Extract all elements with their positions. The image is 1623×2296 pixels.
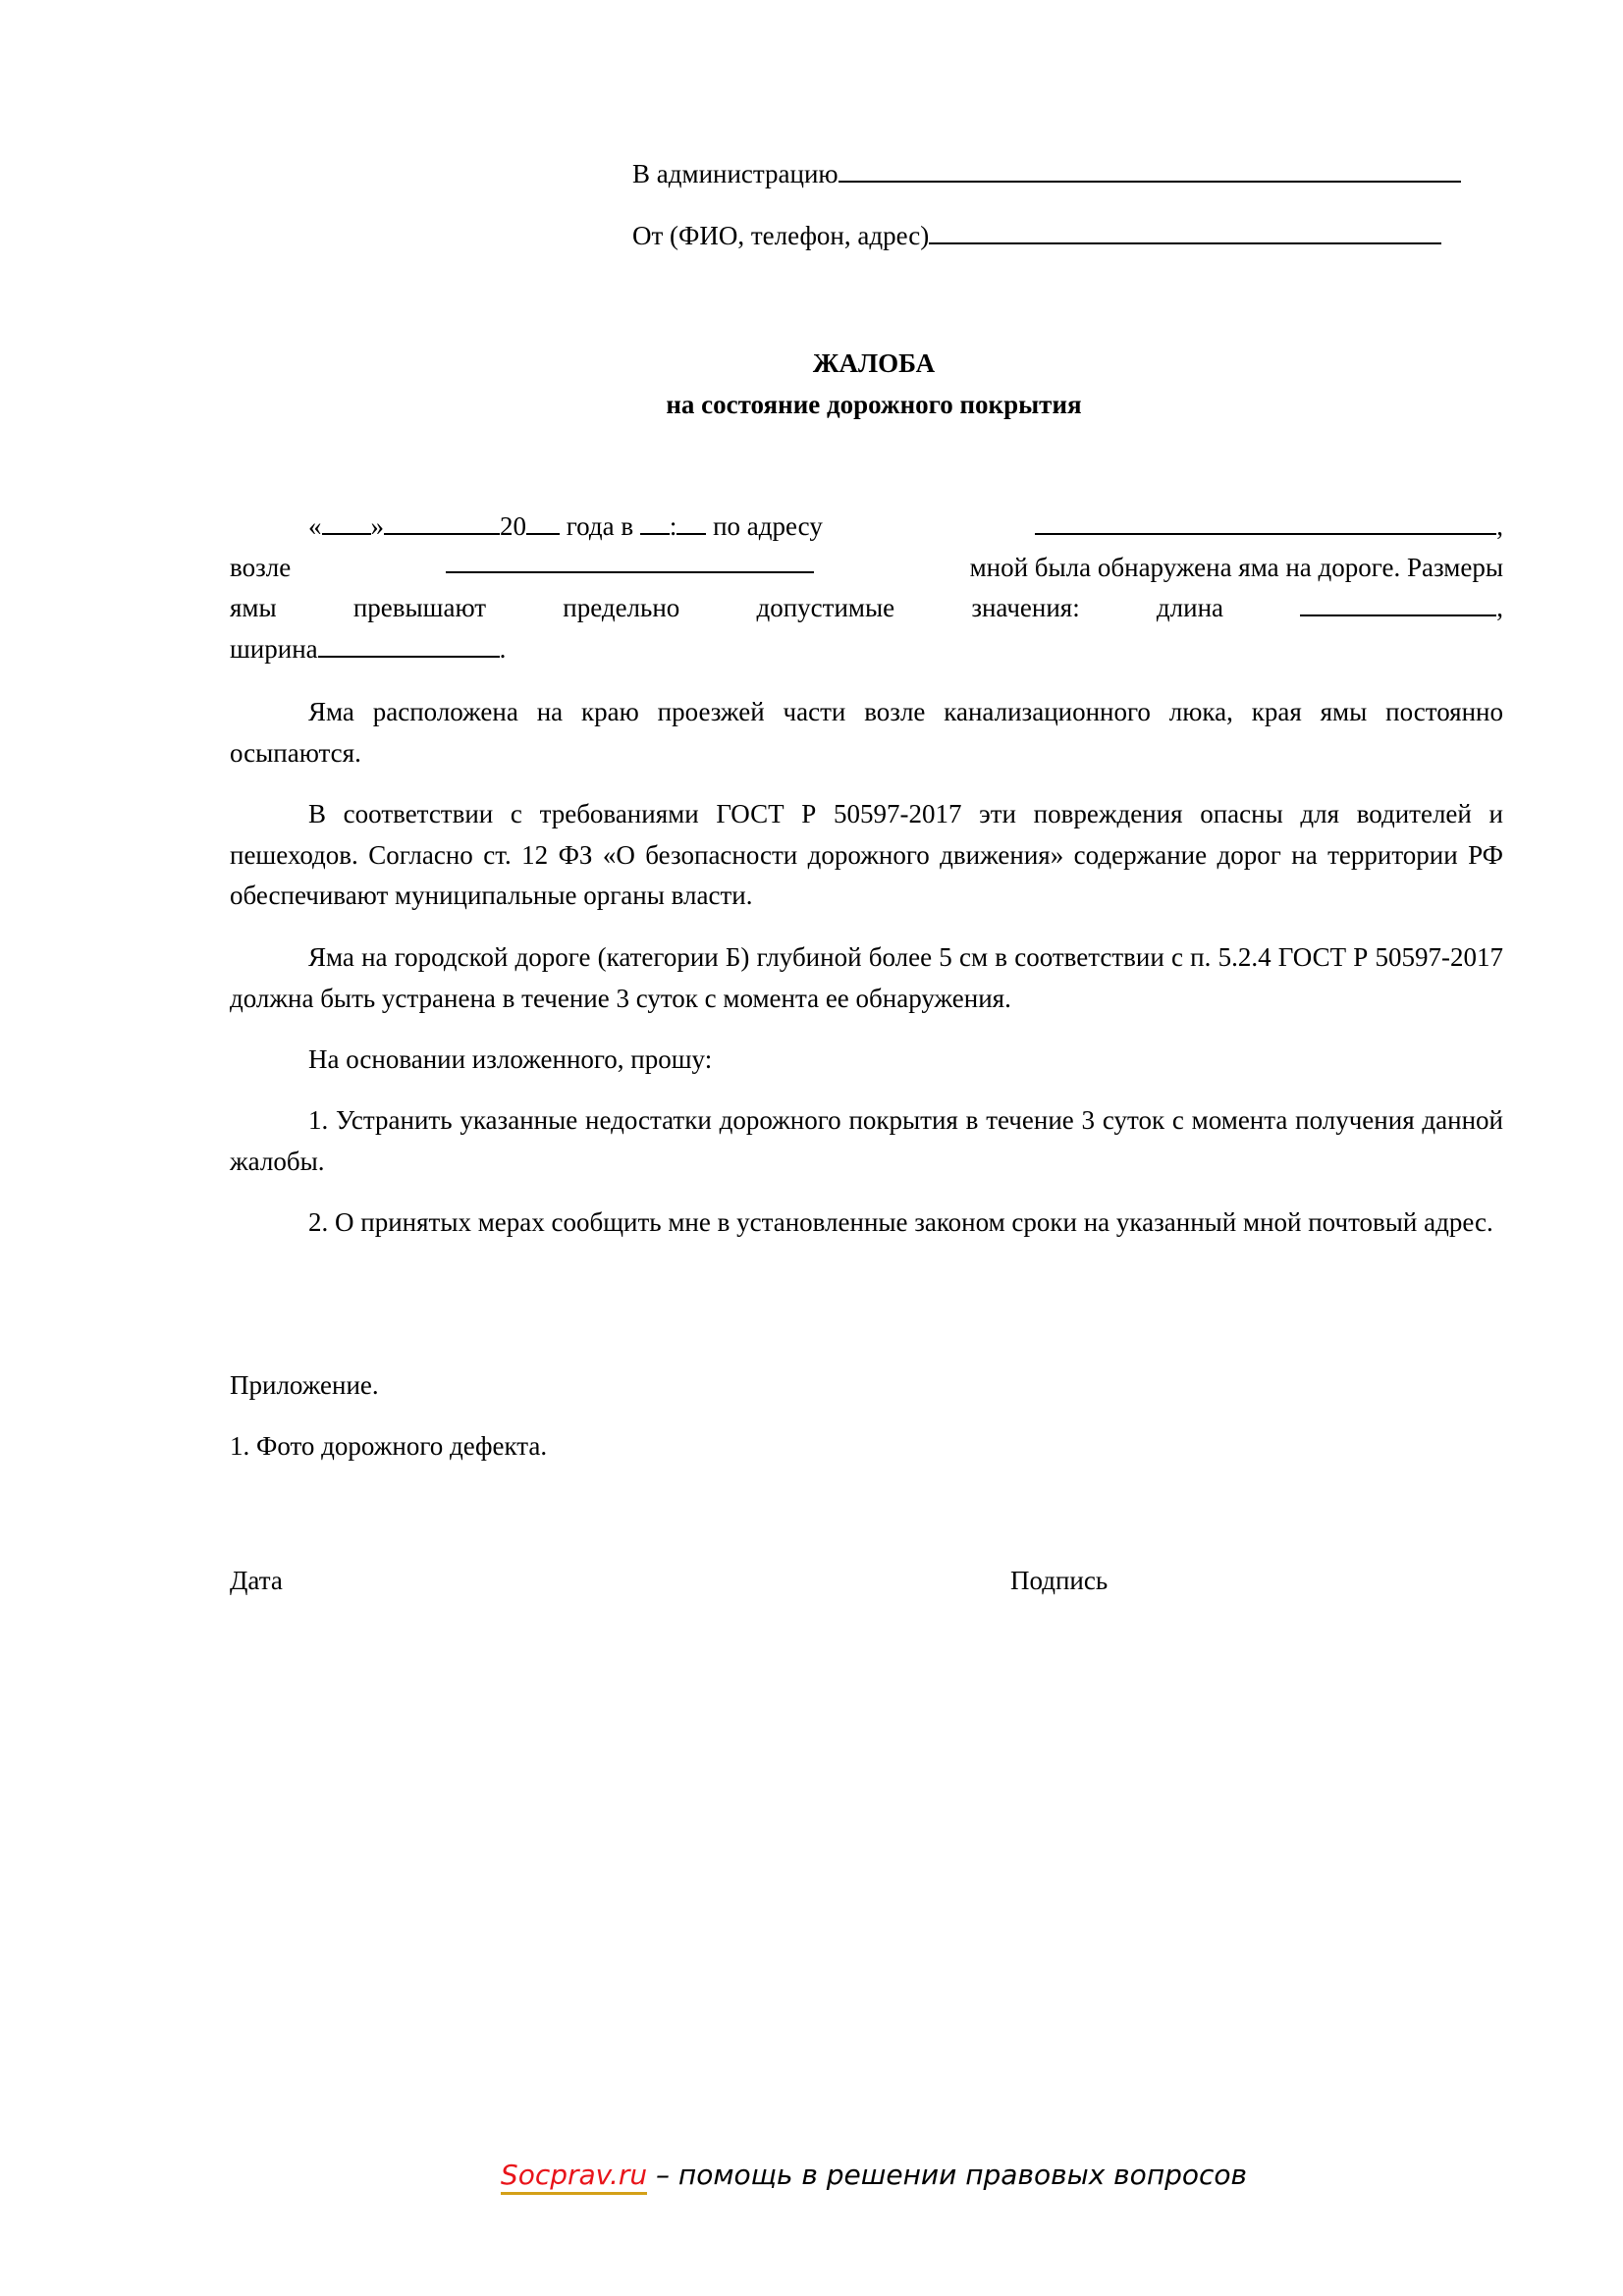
attachment-item: 1. Фото дорожного дефекта. [230, 1426, 1503, 1468]
incident-line-2: возле мной была обнаружена яма на дороге… [230, 548, 1503, 589]
length-field[interactable] [1300, 591, 1496, 616]
sender-label: От (ФИО, телефон, адрес) [632, 221, 929, 250]
request-item-1: 1. Устранить указанные недостатки дорожн… [230, 1100, 1503, 1182]
minute-field[interactable] [676, 509, 706, 535]
incident-line-3: ямы превышают предельно допустимые значе… [230, 588, 1503, 629]
document-subtitle: на состояние дорожного покрытия [0, 389, 1623, 420]
addressee-label: В администрацию [632, 159, 839, 188]
width-field[interactable] [318, 632, 500, 658]
sender-field[interactable] [929, 219, 1441, 244]
addressee-field[interactable] [839, 157, 1461, 183]
incident-line-4: ширина. [230, 629, 1503, 670]
address-field[interactable] [1035, 509, 1496, 535]
paragraph-request-intro: На основании изложенного, прошу: [230, 1040, 1503, 1081]
paragraph-legal-basis: В соответствии с требованиями ГОСТ Р 505… [230, 794, 1503, 917]
footer-tagline: – помощь в решении правовых вопросов [647, 2159, 1247, 2191]
hour-field[interactable] [640, 509, 670, 535]
month-field[interactable] [384, 509, 500, 535]
attachments-label: Приложение. [230, 1365, 1503, 1407]
addressee-line: В администрацию [632, 157, 1461, 189]
paragraph-deadline: Яма на городской дороге (категории Б) гл… [230, 937, 1503, 1019]
paragraph-incident: «»20 года в : по адресу , возле мной был… [230, 507, 1503, 669]
date-label: Дата [230, 1561, 283, 1601]
sender-line: От (ФИО, телефон, адрес) [632, 219, 1441, 251]
footer: Socprav.ru – помощь в решении правовых в… [0, 2159, 1623, 2191]
year-field[interactable] [526, 509, 560, 535]
document-title: ЖАЛОБА [0, 347, 1623, 379]
request-item-2: 2. О принятых мерах сообщить мне в устан… [230, 1202, 1503, 1244]
day-field[interactable] [322, 509, 371, 535]
near-field[interactable] [446, 548, 814, 573]
footer-brand-link[interactable]: Socprav.ru [501, 2159, 647, 2195]
paragraph-location: Яма расположена на краю проезжей части в… [230, 692, 1503, 774]
incident-line-1: «»20 года в : по адресу , [230, 507, 1503, 548]
signature-label: Подпись [1010, 1561, 1108, 1601]
